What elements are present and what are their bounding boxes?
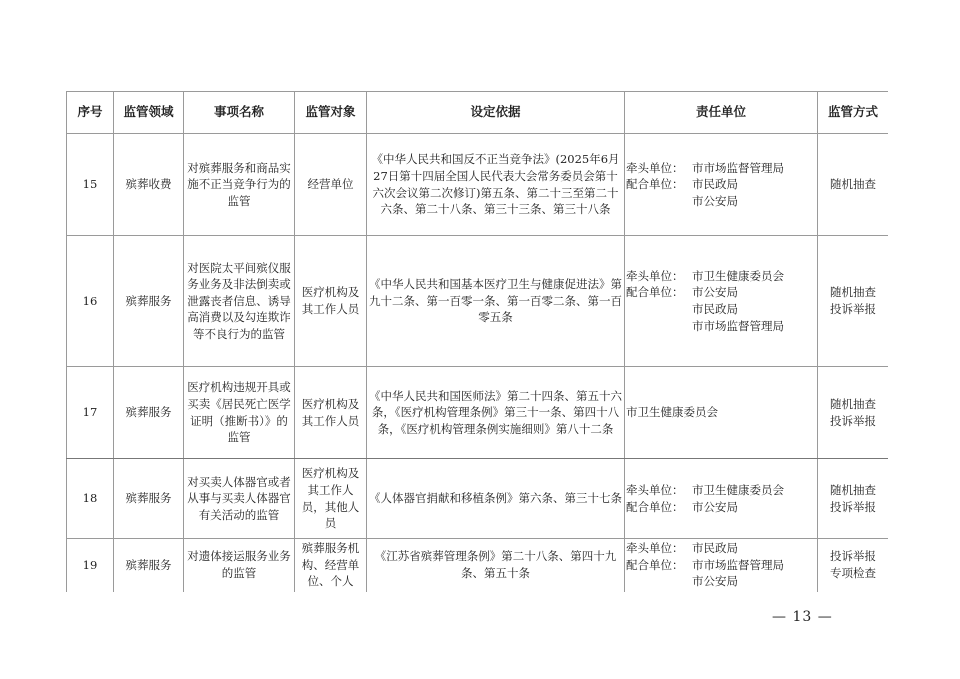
header-responsible-unit: 责任单位 — [625, 92, 818, 134]
coop-unit: 市市场监督管理局 — [692, 557, 784, 574]
method: 投诉举报 — [820, 301, 886, 318]
row-target: 医疗机构及其工作人员 — [295, 367, 367, 459]
table-row: 18 殡葬服务 对买卖人体器官或者从事与买卖人体器官有关活动的监管 医疗机构及其… — [67, 459, 889, 539]
row-basis: 《中华人民共和国医师法》第二十四条、第五十六条，《医疗机构管理条例》第三十一条、… — [367, 367, 625, 459]
coop-unit: 市民政局 — [692, 176, 738, 193]
row-no: 18 — [67, 459, 114, 539]
row-responsible-unit: 牵头单位：市卫生健康委员会 配合单位：市公安局 市民政局 市市场监督管理局 — [625, 236, 818, 367]
lead-unit: 市卫生健康委员会 — [692, 482, 784, 499]
coop-label: 配合单位： — [626, 557, 692, 574]
row-field: 殡葬服务 — [114, 367, 184, 459]
header-target: 监管对象 — [295, 92, 367, 134]
table-row: 15 殡葬收费 对殡葬服务和商品实施不正当竞争行为的监管 经营单位 《中华人民共… — [67, 134, 889, 236]
lead-label: 牵头单位： — [626, 268, 692, 285]
row-method: 投诉举报 专项检查 — [818, 539, 889, 593]
row-no: 19 — [67, 539, 114, 593]
header-field: 监管领域 — [114, 92, 184, 134]
row-basis: 《中华人民共和国基本医疗卫生与健康促进法》第九十二条、第一百零一条、第一百零二条… — [367, 236, 625, 367]
coop-label: 配合单位： — [626, 499, 692, 516]
method: 专项检查 — [820, 565, 886, 582]
row-basis: 《中华人民共和国反不正当竞争法》(2025年6月27日第十四届全国人民代表大会常… — [367, 134, 625, 236]
row-target: 殡葬服务机构、经营单位、个人 — [295, 539, 367, 593]
coop-unit: 市公安局 — [692, 499, 738, 516]
header-basis: 设定依据 — [367, 92, 625, 134]
row-responsible-unit: 牵头单位：市市场监督管理局 配合单位：市民政局 市公安局 — [625, 134, 818, 236]
row-method: 随机抽查 投诉举报 — [818, 459, 889, 539]
row-target: 医疗机构及其工作人员，其他人员 — [295, 459, 367, 539]
lead-unit: 市民政局 — [692, 540, 738, 557]
header-method: 监管方式 — [818, 92, 889, 134]
row-field: 殡葬服务 — [114, 236, 184, 367]
row-method: 随机抽查 投诉举报 — [818, 367, 889, 459]
row-field: 殡葬服务 — [114, 459, 184, 539]
lead-label: 牵头单位： — [626, 482, 692, 499]
coop-unit: 市民政局 — [692, 301, 738, 318]
row-basis: 《江苏省殡葬管理条例》第二十八条、第四十九条、第五十条 — [367, 539, 625, 593]
table-row: 16 殡葬服务 对医院太平间殡仪服务业务及非法倒卖或泄露丧者信息、诱导高消费以及… — [67, 236, 889, 367]
lead-unit: 市市场监督管理局 — [692, 160, 784, 177]
row-method: 随机抽查 — [818, 134, 889, 236]
row-responsible-unit: 牵头单位：市民政局 配合单位：市市场监督管理局 市公安局 — [625, 539, 818, 593]
lead-unit: 市卫生健康委员会 — [692, 268, 784, 285]
single-unit: 市卫生健康委员会 — [626, 404, 718, 421]
row-target: 医疗机构及其工作人员 — [295, 236, 367, 367]
method: 随机抽查 — [820, 176, 886, 193]
row-no: 16 — [67, 236, 114, 367]
table-header-row: 序号 监管领域 事项名称 监管对象 设定依据 责任单位 监管方式 — [67, 92, 889, 134]
page-number: — 13 — — [772, 609, 833, 625]
coop-label: 配合单位： — [626, 284, 692, 301]
coop-unit: 市公安局 — [692, 193, 738, 210]
coop-unit: 市公安局 — [692, 284, 738, 301]
row-target: 经营单位 — [295, 134, 367, 236]
method: 随机抽查 — [820, 284, 886, 301]
row-item: 对买卖人体器官或者从事与买卖人体器官有关活动的监管 — [184, 459, 295, 539]
row-method: 随机抽查 投诉举报 — [818, 236, 889, 367]
method: 随机抽查 — [820, 396, 886, 413]
row-item: 对遗体接运服务业务的监管 — [184, 539, 295, 593]
row-field: 殡葬收费 — [114, 134, 184, 236]
row-no: 17 — [67, 367, 114, 459]
regulation-table: 序号 监管领域 事项名称 监管对象 设定依据 责任单位 监管方式 15 殡葬收费… — [66, 91, 888, 592]
row-item: 对医院太平间殡仪服务业务及非法倒卖或泄露丧者信息、诱导高消费以及勾连欺诈等不良行… — [184, 236, 295, 367]
row-basis: 《人体器官捐献和移植条例》第六条、第三十七条 — [367, 459, 625, 539]
coop-label: 配合单位： — [626, 176, 692, 193]
coop-unit: 市市场监督管理局 — [692, 318, 784, 335]
row-field: 殡葬服务 — [114, 539, 184, 593]
table-row: 19 殡葬服务 对遗体接运服务业务的监管 殡葬服务机构、经营单位、个人 《江苏省… — [67, 539, 889, 593]
header-no: 序号 — [67, 92, 114, 134]
method: 投诉举报 — [820, 499, 886, 516]
row-responsible-unit: 市卫生健康委员会 — [625, 367, 818, 459]
row-no: 15 — [67, 134, 114, 236]
lead-label: 牵头单位： — [626, 160, 692, 177]
row-responsible-unit: 牵头单位：市卫生健康委员会 配合单位：市公安局 — [625, 459, 818, 539]
coop-unit: 市公安局 — [692, 573, 738, 590]
lead-label: 牵头单位： — [626, 540, 692, 557]
method: 投诉举报 — [820, 413, 886, 430]
method: 随机抽查 — [820, 482, 886, 499]
row-item: 对殡葬服务和商品实施不正当竞争行为的监管 — [184, 134, 295, 236]
header-item: 事项名称 — [184, 92, 295, 134]
regulation-table-container: 序号 监管领域 事项名称 监管对象 设定依据 责任单位 监管方式 15 殡葬收费… — [66, 91, 888, 592]
table-row: 17 殡葬服务 医疗机构违规开具或买卖《居民死亡医学证明（推断书）》的监管 医疗… — [67, 367, 889, 459]
method: 投诉举报 — [820, 548, 886, 565]
row-item: 医疗机构违规开具或买卖《居民死亡医学证明（推断书）》的监管 — [184, 367, 295, 459]
